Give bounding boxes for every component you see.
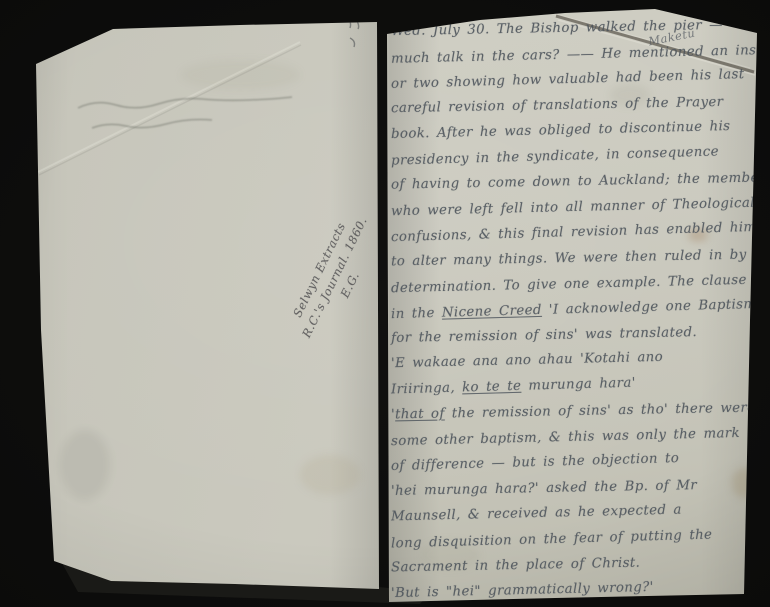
manuscript-line: Sacrament in the place of Christ. — [391, 555, 641, 575]
manuscript-line: much talk in the cars? —— He mentioned a… — [391, 42, 770, 67]
manuscript-line: determination. To give one example. The … — [391, 272, 747, 295]
annotation-line: R.C.'s Journal. 1860. — [281, 179, 388, 375]
stain — [300, 455, 360, 495]
stain — [60, 430, 110, 500]
manuscript-line: who were left fell into all manner of Th… — [391, 196, 755, 220]
manuscript-line: some other baptism, & this was only the … — [391, 426, 740, 449]
manuscript-line: 'hei murunga hara?' asked the Bp. of Mr — [391, 478, 697, 499]
manuscript-line: 'But is "hei" grammatically wrong?' — [391, 580, 654, 601]
manuscript-line: or two showing how valuable had been his… — [391, 67, 745, 92]
manuscript-line: 'that of the remission of sins' as tho' … — [391, 401, 756, 423]
manuscript-line: presidency in the syndicate, in conseque… — [391, 144, 719, 168]
manuscript-line: confusions, & this final revision has en… — [391, 220, 757, 245]
photograph-of-manuscript: Selwyn ExtractsR.C.'s Journal. 1860.E.G.… — [0, 0, 770, 607]
manuscript-line: of having to come down to Auckland; the … — [391, 171, 770, 193]
manuscript-line: of difference — but is the objection to — [391, 451, 680, 474]
stain — [180, 60, 300, 90]
manuscript-line: for the remission of sins' was translate… — [391, 325, 697, 346]
stain — [732, 468, 756, 498]
manuscript-line: careful revision of translations of the … — [391, 94, 724, 115]
manuscript-line: 'E wakaae ana ano ahau 'Kotahi ano — [391, 350, 663, 371]
manuscript-line: in the Nicene Creed 'I acknowledge one B… — [391, 297, 757, 322]
manuscript-line: book. After he was obliged to discontinu… — [391, 119, 731, 142]
manuscript-line: to alter many things. We were then ruled… — [391, 248, 747, 270]
manuscript-line: Maunsell, & received as he expected a — [391, 503, 682, 525]
manuscript-line: long disquisition on the fear of putting… — [391, 528, 713, 552]
manuscript-line: Iriiringa, ko te te murunga hara' — [391, 375, 636, 397]
rotated-annotation: Selwyn ExtractsR.C.'s Journal. 1860.E.G. — [266, 172, 404, 383]
